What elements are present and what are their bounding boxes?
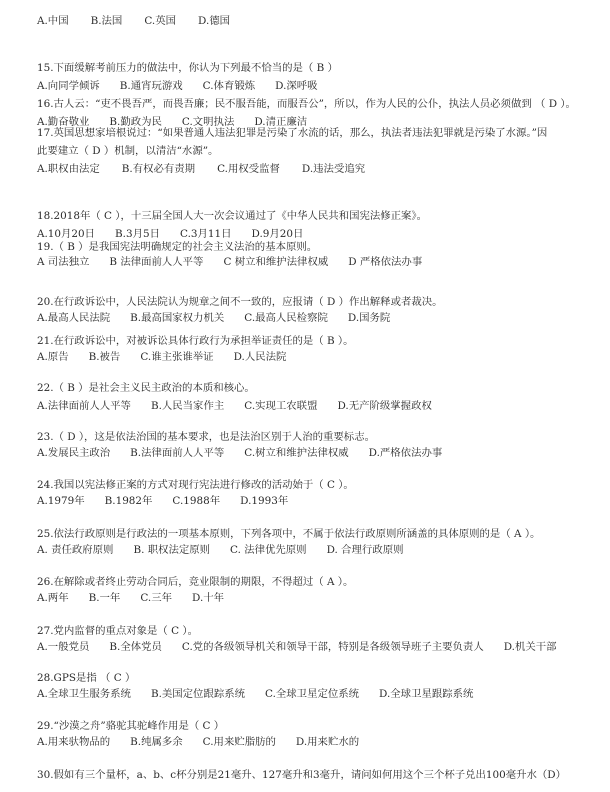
question-stem: 29.“沙漠之舟”骆驼其驼峰作用是（ C ） — [37, 719, 224, 733]
question-stem: 19.（ B ）是我国宪法明确规定的社会主义法治的基本原则。 — [37, 240, 317, 254]
question-stem: 26.在解除或者终止劳动合同后，竞业限制的期限，不得超过（ A ）。 — [37, 575, 353, 589]
answer-options: A. 责任政府原则B. 职权法定原则C. 法律优先原则D. 合理行政原则 — [37, 543, 404, 557]
answer-option: C.英国 — [144, 14, 176, 28]
answer-option: D.德国 — [198, 14, 230, 28]
answer-option: B.纯属多余 — [130, 735, 183, 749]
answer-option: C.树立和维护法律权威 — [244, 446, 348, 460]
answer-option: A.10月20日 — [37, 227, 95, 241]
answer-option: D.国务院 — [348, 311, 390, 325]
answer-option: B.美国定位跟踪系统 — [151, 687, 245, 701]
answer-option: A.全球卫生服务系统 — [37, 687, 131, 701]
answer-option: A.发展民主政治 — [37, 446, 110, 460]
answer-option: C.1988年 — [172, 494, 220, 508]
answer-option: D.无产阶级掌握政权 — [337, 399, 431, 413]
answer-options: A.向同学倾诉B.通宵玩游戏C.体育锻炼D.深呼吸 — [37, 79, 318, 93]
answer-option: D.1993年 — [240, 494, 288, 508]
answer-option: D 严格依法办事 — [348, 255, 422, 269]
document-page: A.中国B.法国C.英国D.德国15.下面缓解考前压力的做法中，你认为下列最不恰… — [0, 0, 610, 792]
answer-option: B.一年 — [89, 591, 121, 605]
answer-option: B.1982年 — [105, 494, 153, 508]
answer-option: D.机关干部 — [504, 640, 557, 654]
question-stem: 28.GPS是指 （ C ） — [37, 671, 135, 685]
answer-options: A.职权由法定B.有权必有责期C.用权受监督D.违法受追究 — [37, 162, 365, 176]
answer-option: D.深呼吸 — [275, 79, 317, 93]
answer-option: C.3月11日 — [180, 227, 232, 241]
answer-options: A.最高人民法院B.最高国家权力机关C.最高人民检察院D.国务院 — [37, 311, 390, 325]
answer-option: C.三年 — [140, 591, 172, 605]
answer-option: A.向同学倾诉 — [37, 79, 100, 93]
answer-option: C. 法律优先原则 — [230, 543, 307, 557]
question-stem: 16.古人云：“吏不畏吾严，而畏吾廉；民不服吾能，而服吾公”，所以，作为人民的公… — [37, 97, 576, 111]
answer-option: B.通宵玩游戏 — [120, 79, 183, 93]
answer-options: A.两年B.一年C.三年D.十年 — [37, 591, 224, 605]
question-stem: 24.我国以宪法修正案的方式对现行宪法进行修改的活动始于（ C ）。 — [37, 478, 354, 492]
answer-option: A.最高人民法院 — [37, 311, 110, 325]
answer-option: C.用来贮脂肪的 — [203, 735, 276, 749]
answer-option: D.严格依法办事 — [369, 446, 443, 460]
answer-option: B.最高国家权力机关 — [130, 311, 224, 325]
answer-options: A.一般党员B.全体党员C.党的各级领导机关和领导干部，特别是各级领导班子主要负… — [37, 640, 557, 654]
answer-option: B.全体党员 — [109, 640, 162, 654]
answer-option: D.十年 — [192, 591, 224, 605]
answer-option: A 司法独立 — [37, 255, 89, 269]
answer-option: B 法律面前人人平等 — [109, 255, 203, 269]
question-stem: 20.在行政诉讼中，人民法院认为规章之间不一致的，应报请（ D ）作出解释或者裁… — [37, 295, 443, 309]
answer-options: A.原告B.被告C.谁主张谁举证D.人民法院 — [37, 350, 286, 364]
answer-option: B.法国 — [91, 14, 123, 28]
answer-options: A.法律面前人人平等B.人民当家作主C.实现工农联盟D.无产阶级掌握政权 — [37, 399, 432, 413]
question-stem: 27.党内监督的重点对象是（ C ）。 — [37, 624, 198, 638]
answer-options: A.发展民主政治B.法律面前人人平等C.树立和维护法律权威D.严格依法办事 — [37, 446, 442, 460]
answer-options: A.用来驮物品的B.纯属多余C.用来贮脂肪的D.用来贮水的 — [37, 735, 359, 749]
answer-options: A.1979年B.1982年C.1988年D.1993年 — [37, 494, 288, 508]
answer-option: A.用来驮物品的 — [37, 735, 110, 749]
question-stem: 15.下面缓解考前压力的做法中，你认为下列最不恰当的是（ B ） — [37, 61, 338, 75]
answer-option: C.最高人民检察院 — [244, 311, 328, 325]
answer-option: D. 合理行政原则 — [327, 543, 404, 557]
answer-option: D.违法受追究 — [302, 162, 365, 176]
question-stem: 22.（ B ）是社会主义民主政治的本质和核心。 — [37, 381, 255, 395]
answer-option: A.一般党员 — [37, 640, 89, 654]
answer-option: D.人民法院 — [234, 350, 287, 364]
answer-options: A.全球卫生服务系统B.美国定位跟踪系统C.全球卫星定位系统D.全球卫星跟踪系统 — [37, 687, 473, 701]
answer-option: B.3月5日 — [115, 227, 160, 241]
answer-option: A.两年 — [37, 591, 69, 605]
answer-option: B.法律面前人人平等 — [130, 446, 224, 460]
answer-options: A.中国B.法国C.英国D.德国 — [37, 14, 230, 28]
question-stem: 17.英国思想家培根说过：“如果普通人违法犯罪是污染了水流的话，那么，执法者违法… — [37, 126, 547, 140]
question-stem: 30.假如有三个量杯，a、b、c杯分别是21毫升、127毫升和3毫升，请问如何用… — [37, 768, 566, 782]
answer-option: C.全球卫星定位系统 — [265, 687, 359, 701]
answer-option: C.用权受监督 — [217, 162, 280, 176]
answer-option: D.9月20日 — [251, 227, 303, 241]
answer-option: B.被告 — [89, 350, 121, 364]
answer-option: A.职权由法定 — [37, 162, 100, 176]
answer-option: B. 职权法定原则 — [133, 543, 210, 557]
answer-option: C.党的各级领导机关和领导干部，特别是各级领导班子主要负责人 — [182, 640, 484, 654]
question-stem: 18.2018年（ C ），十三届全国人大一次会议通过了《中华人民共和国宪法修正… — [37, 209, 427, 223]
question-stem: 23.（ D ），这是依法治国的基本要求，也是法治区别于人治的重要标志。 — [37, 430, 375, 444]
answer-option: D.用来贮水的 — [296, 735, 359, 749]
answer-option: A.原告 — [37, 350, 69, 364]
answer-option: C 树立和维护法律权威 — [223, 255, 328, 269]
answer-option: C.实现工农联盟 — [244, 399, 317, 413]
answer-option: B.有权必有责期 — [122, 162, 195, 176]
answer-option: B.人民当家作主 — [151, 399, 224, 413]
answer-option: A.法律面前人人平等 — [37, 399, 131, 413]
answer-option: C.谁主张谁举证 — [140, 350, 213, 364]
answer-option: C.体育锻炼 — [203, 79, 255, 93]
answer-options: A.10月20日B.3月5日C.3月11日D.9月20日 — [37, 227, 303, 241]
question-stem: 此要建立（ D ）机制，以清洁“水源”。 — [37, 144, 218, 158]
question-stem: 21.在行政诉讼中，对被诉讼具体行政行为承担举证责任的是（ B ）。 — [37, 334, 354, 348]
answer-option: A.1979年 — [37, 494, 85, 508]
answer-option: D.全球卫星跟踪系统 — [379, 687, 473, 701]
answer-option: A.中国 — [37, 14, 69, 28]
question-stem: 25.依法行政原则是行政法的一项基本原则，下列各项中，不属于依法行政原则所涵盖的… — [37, 527, 540, 541]
answer-option: A. 责任政府原则 — [37, 543, 113, 557]
answer-options: A 司法独立B 法律面前人人平等C 树立和维护法律权威D 严格依法办事 — [37, 255, 422, 269]
